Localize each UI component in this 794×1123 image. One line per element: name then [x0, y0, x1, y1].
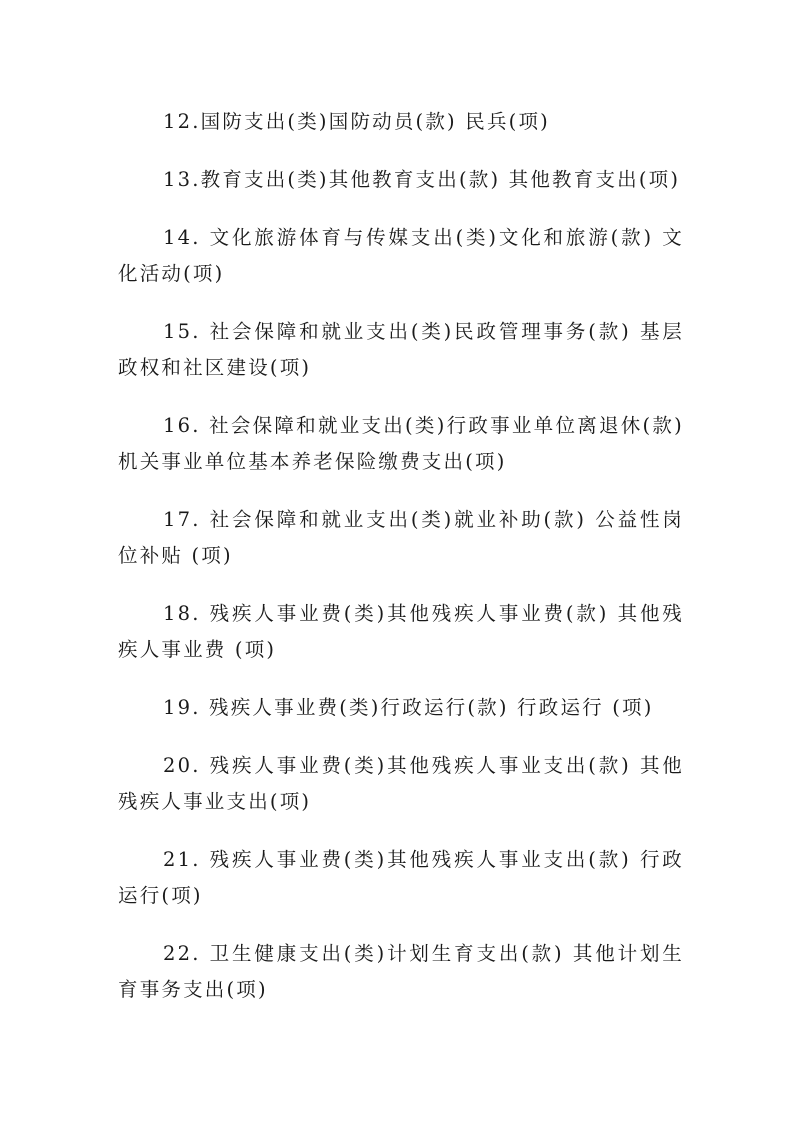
item-text: 残疾人事业费(类)行政运行(款) 行政运行 (项): [201, 696, 654, 719]
item-text: 残疾人事业费(类)其他残疾人事业支出(款) 行政运行(项): [118, 848, 684, 907]
item-text: 社会保障和就业支出(类)民政管理事务(款) 基层政权和社区建设(项): [118, 320, 684, 379]
item-number: 18.: [163, 602, 201, 625]
list-item-19: 19. 残疾人事业费(类)行政运行(款) 行政运行 (项): [118, 690, 684, 726]
item-number: 15.: [163, 320, 201, 343]
item-number: 17.: [163, 508, 201, 531]
list-item-15: 15. 社会保障和就业支出(类)民政管理事务(款) 基层政权和社区建设(项): [118, 314, 684, 386]
list-item-20: 20. 残疾人事业费(类)其他残疾人事业支出(款) 其他残疾人事业支出(项): [118, 748, 684, 820]
list-item-22: 22. 卫生健康支出(类)计划生育支出(款) 其他计划生育事务支出(项): [118, 936, 684, 1008]
item-text: 卫生健康支出(类)计划生育支出(款) 其他计划生育事务支出(项): [118, 942, 684, 1001]
list-item-14: 14. 文化旅游体育与传媒支出(类)文化和旅游(款) 文化活动(项): [118, 220, 684, 292]
list-item-21: 21. 残疾人事业费(类)其他残疾人事业支出(款) 行政运行(项): [118, 842, 684, 914]
item-number: 14.: [163, 226, 201, 249]
item-number: 13.: [163, 168, 201, 191]
list-item-17: 17. 社会保障和就业支出(类)就业补助(款) 公益性岗位补贴 (项): [118, 502, 684, 574]
list-item-18: 18. 残疾人事业费(类)其他残疾人事业费(款) 其他残疾人事业费 (项): [118, 596, 684, 668]
list-item-12: 12.国防支出(类)国防动员(款) 民兵(项): [118, 104, 684, 140]
item-text: 残疾人事业费(类)其他残疾人事业费(款) 其他残疾人事业费 (项): [118, 602, 684, 661]
item-text: 国防支出(类)国防动员(款) 民兵(项): [201, 110, 550, 133]
item-text: 文化旅游体育与传媒支出(类)文化和旅游(款) 文化活动(项): [118, 226, 684, 285]
item-number: 21.: [163, 848, 201, 871]
item-text: 社会保障和就业支出(类)行政事业单位离退休(款)机关事业单位基本养老保险缴费支出…: [118, 414, 684, 473]
document-page: 12.国防支出(类)国防动员(款) 民兵(项) 13.教育支出(类)其他教育支出…: [118, 104, 684, 1030]
list-item-16: 16. 社会保障和就业支出(类)行政事业单位离退休(款)机关事业单位基本养老保险…: [118, 408, 684, 480]
item-number: 16.: [163, 414, 201, 437]
item-number: 19.: [163, 696, 201, 719]
item-text: 教育支出(类)其他教育支出(款) 其他教育支出(项): [201, 168, 681, 191]
item-text: 残疾人事业费(类)其他残疾人事业支出(款) 其他残疾人事业支出(项): [118, 754, 684, 813]
item-number: 20.: [163, 754, 201, 777]
item-number: 22.: [163, 942, 201, 965]
list-item-13: 13.教育支出(类)其他教育支出(款) 其他教育支出(项): [118, 162, 684, 198]
item-text: 社会保障和就业支出(类)就业补助(款) 公益性岗位补贴 (项): [118, 508, 684, 567]
item-number: 12.: [163, 110, 201, 133]
